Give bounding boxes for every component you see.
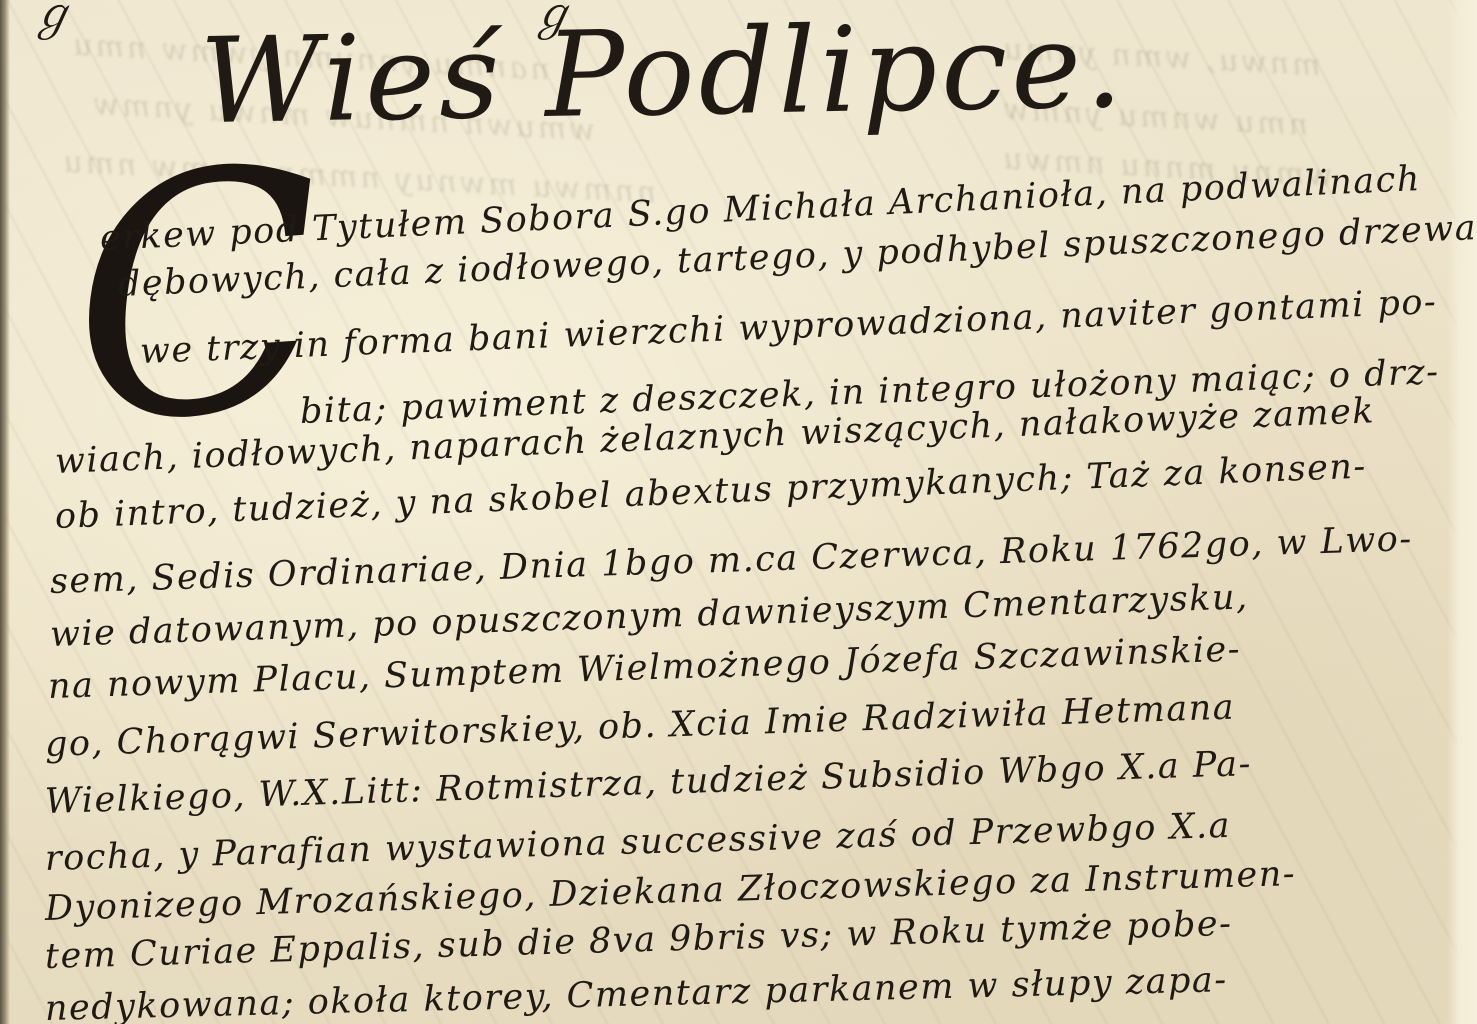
manuscript-page: nanmu ynnvmn ywmw nmu wmuwn nmnuw mnwu y… bbox=[0, 0, 1477, 1024]
manuscript-line: we trzy in forma bani wierzchi wyprowadz… bbox=[139, 285, 1438, 370]
flourish-descender: ℊ bbox=[30, 0, 74, 42]
binding-shadow bbox=[0, 0, 10, 1024]
page-edge bbox=[1447, 0, 1477, 1024]
manuscript-line: nedykowana; okoła ktorey, Cmentarz parka… bbox=[45, 963, 1228, 1024]
page-title: Wieś Podlipce. bbox=[199, 6, 1127, 140]
